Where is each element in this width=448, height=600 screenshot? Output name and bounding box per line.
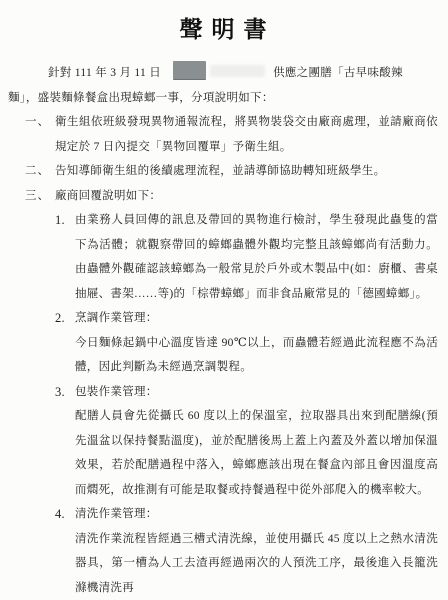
redaction-block	[173, 61, 206, 80]
vendor-reply-list: 1. 由業務人員回傳的訊息及帶回的異物進行檢討，學生發現此蟲隻的當下為活體；就觀…	[55, 208, 438, 600]
sub-item-body: 清洗作業管理： 清洗作業流程皆經過三槽式清洗線，並使用攝氏 45 度以上之熱水清…	[75, 502, 438, 600]
sub-item-3: 3. 包裝作業管理： 配膳人員會先從攝氏 60 度以上的保溫室，拉取器具出來到配…	[55, 380, 438, 503]
sub-item-number: 4.	[55, 502, 75, 600]
sub-item-heading: 包裝作業管理：	[75, 380, 438, 405]
sub-item-heading: 清洗作業管理：	[75, 502, 438, 527]
sub-item-2: 2. 烹調作業管理： 今日麵條起鍋中心溫度皆達 90℃以上，而蟲體若經過此流程應…	[55, 306, 438, 380]
item-text: 衛生組依班級發現異物通報流程，將異物裝袋交由廠商處理，並請廠商依規定於 7 日內…	[55, 110, 438, 159]
list-item-two: 二、 告知導師衛生組的後續處理流程，並請導師協助轉知班級學生。	[25, 159, 438, 184]
sub-item-number: 2.	[55, 306, 75, 380]
sub-item-text: 清洗作業流程皆經過三槽式清洗線，並使用攝氏 45 度以上之熱水清洗器具，第一槽為…	[75, 527, 438, 600]
sub-item-text: 由業務人員回傳的訊息及帶回的異物進行檢討，學生發現此蟲隻的當下為活體；就觀察帶回…	[75, 214, 438, 300]
declaration-document: 聲明書 針對 111 年 3 月 11 日供應之團膳「古早味酸辣麵」，盛裝麵條餐…	[0, 0, 448, 600]
item-number: 二、	[25, 159, 55, 184]
sub-item-text: 配膳人員會先從攝氏 60 度以上的保溫室，拉取器具出來到配膳線(預先溫盆以保持餐…	[75, 404, 438, 502]
sub-item-1: 1. 由業務人員回傳的訊息及帶回的異物進行檢討，學生發現此蟲隻的當下為活體；就觀…	[55, 208, 438, 306]
intro-supplier-clause: 供應之團膳「古早味酸辣	[273, 67, 403, 79]
intro-date-clause: 針對 111 年 3 月 11 日	[48, 67, 161, 79]
sub-item-text: 今日麵條起鍋中心溫度皆達 90℃以上，而蟲體若經過此流程應不為活體，因此判斷為未…	[75, 331, 438, 380]
item-number: 三、	[25, 184, 55, 209]
faded-text-remnant	[210, 65, 265, 77]
intro-continuation: 麵」，盛裝麵條餐盒出現蟑螂一事，分項說明如下：	[8, 92, 274, 104]
item-text: 告知導師衛生組的後續處理流程，並請導師協助轉知班級學生。	[55, 159, 438, 184]
intro-paragraph: 針對 111 年 3 月 11 日供應之團膳「古早味酸辣麵」，盛裝麵條餐盒出現蟑…	[8, 61, 438, 110]
list-item-one: 一、 衛生組依班級發現異物通報流程，將異物裝袋交由廠商處理，並請廠商依規定於 7…	[25, 110, 438, 159]
sub-item-body: 由業務人員回傳的訊息及帶回的異物進行檢討，學生發現此蟲隻的當下為活體；就觀察帶回…	[75, 208, 438, 306]
sub-item-number: 1.	[55, 208, 75, 306]
sub-item-body: 包裝作業管理： 配膳人員會先從攝氏 60 度以上的保溫室，拉取器具出來到配膳線(…	[75, 380, 438, 503]
sub-item-heading: 烹調作業管理：	[75, 306, 438, 331]
item-number: 一、	[25, 110, 55, 159]
list-item-three: 三、 廠商回覆說明如下：	[25, 184, 438, 209]
sub-item-number: 3.	[55, 380, 75, 503]
item-text: 廠商回覆說明如下：	[55, 184, 438, 209]
document-title: 聲明書	[8, 14, 438, 46]
sub-item-body: 烹調作業管理： 今日麵條起鍋中心溫度皆達 90℃以上，而蟲體若經過此流程應不為活…	[75, 306, 438, 380]
sub-item-4: 4. 清洗作業管理： 清洗作業流程皆經過三槽式清洗線，並使用攝氏 45 度以上之…	[55, 502, 438, 600]
